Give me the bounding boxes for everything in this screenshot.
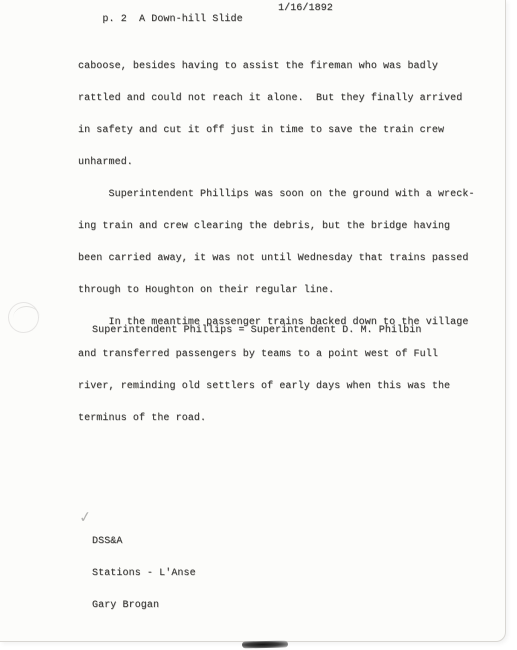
body-line: through to Houghton on their regular lin… bbox=[78, 286, 475, 297]
checkmark-icon: ✓ bbox=[78, 507, 93, 527]
footer-attribution: DSS&A Stations - L'Anse Gary Brogan bbox=[92, 516, 196, 633]
body-line: terminus of the road. bbox=[78, 414, 475, 425]
body-text: caboose, besides having to assist the fi… bbox=[78, 41, 475, 446]
body-line: rattled and could not reach it alone. Bu… bbox=[78, 94, 475, 105]
body-line: Superintendent Phillips was soon on the … bbox=[78, 190, 475, 201]
body-line: been carried away, it was not until Wedn… bbox=[78, 254, 475, 265]
superintendent-note: Superintendent Phillips = Superintendent… bbox=[92, 326, 421, 337]
page-header-date: 1/16/1892 bbox=[278, 4, 333, 15]
body-line: unharmed. bbox=[78, 158, 475, 169]
body-line: in safety and cut it off just in time to… bbox=[78, 126, 475, 137]
footer-line-railroad: DSS&A bbox=[92, 537, 196, 548]
page-header-title: p. 2 A Down-hill Slide bbox=[102, 14, 242, 25]
body-line: caboose, besides having to assist the fi… bbox=[78, 62, 475, 73]
body-line: and transferred passengers by teams to a… bbox=[78, 350, 475, 361]
body-line: ing train and crew clearing the debris, … bbox=[78, 222, 475, 233]
scanned-paper-page: p. 2 A Down-hill Slide 1/16/1892 caboose… bbox=[0, 0, 506, 642]
body-line: river, reminding old settlers of early d… bbox=[78, 382, 475, 393]
scan-edge-smudge bbox=[242, 641, 288, 649]
footer-line-author: Gary Brogan bbox=[92, 601, 196, 612]
footer-line-collection: Stations - L'Anse bbox=[92, 569, 196, 580]
